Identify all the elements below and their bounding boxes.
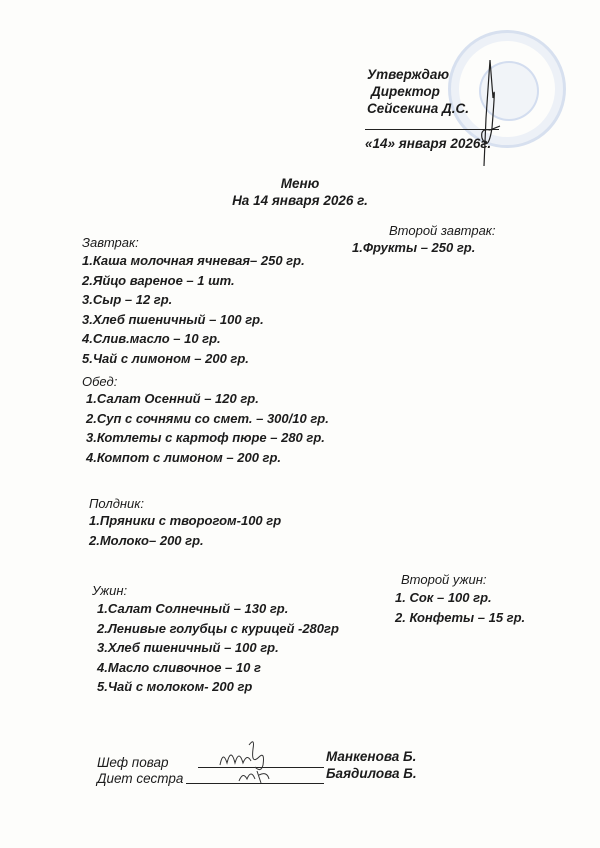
second-dinner-heading: Второй ужин: <box>401 572 486 587</box>
list-item: 1. Сок – 100 гр. <box>395 588 525 608</box>
menu-title: Меню <box>250 176 350 191</box>
list-item: 4.Масло сливочное – 10 г <box>97 658 339 678</box>
second-dinner-list: 1. Сок – 100 гр. 2. Конфеты – 15 гр. <box>395 588 525 627</box>
list-item: 5.Чай с молоком- 200 гр <box>97 677 339 697</box>
director-title: Директор <box>371 84 440 99</box>
chef-name: Манкенова Б. <box>326 749 416 764</box>
list-item: 2.Яйцо вареное – 1 шт. <box>82 271 305 291</box>
menu-date: На 14 января 2026 г. <box>200 193 400 208</box>
list-item: 1.Салат Солнечный – 130 гр. <box>97 599 339 619</box>
lunch-list: 1.Салат Осенний – 120 гр. 2.Суп с сочням… <box>86 389 329 467</box>
breakfast-list: 1.Каша молочная ячневая– 250 гр. 2.Яйцо … <box>82 251 305 368</box>
list-item: 2. Конфеты – 15 гр. <box>395 608 525 628</box>
dietitian-label: Диет сестра <box>97 771 183 786</box>
list-item: 1.Пряники с творогом-100 гр <box>89 511 281 531</box>
breakfast-heading: Завтрак: <box>82 235 139 250</box>
director-name: Сейсекина Д.С. <box>367 101 469 116</box>
list-item: 4.Слив.масло – 10 гр. <box>82 329 305 349</box>
list-item: 4.Компот с лимоном – 200 гр. <box>86 448 329 468</box>
list-item: 3.Хлеб пшеничный – 100 гр. <box>82 310 305 330</box>
chef-label: Шеф повар <box>97 755 169 770</box>
approval-label: Утверждаю <box>367 67 449 82</box>
list-item: 3.Котлеты с картоф пюре – 280 гр. <box>86 428 329 448</box>
list-item: 1.Фрукты – 250 гр. <box>352 240 475 255</box>
lunch-heading: Обед: <box>82 374 117 389</box>
list-item: 3.Сыр – 12 гр. <box>82 290 305 310</box>
chef-signature <box>215 735 285 785</box>
list-item: 2.Суп с сочнями со смет. – 300/10 гр. <box>86 409 329 429</box>
dietitian-name: Баядилова Б. <box>326 766 417 781</box>
director-signature <box>470 58 510 168</box>
dinner-heading: Ужин: <box>92 583 127 598</box>
list-item: 1.Салат Осенний – 120 гр. <box>86 389 329 409</box>
second-breakfast-heading: Второй завтрак: <box>389 223 496 238</box>
list-item: 3.Хлеб пшеничный – 100 гр. <box>97 638 339 658</box>
list-item: 2.Ленивые голубцы с курицей -280гр <box>97 619 339 639</box>
snack-list: 1.Пряники с творогом-100 гр 2.Молоко– 20… <box>89 511 281 550</box>
snack-heading: Полдник: <box>89 496 144 511</box>
list-item: 5.Чай с лимоном – 200 гр. <box>82 349 305 369</box>
dinner-list: 1.Салат Солнечный – 130 гр. 2.Ленивые го… <box>97 599 339 697</box>
list-item: 2.Молоко– 200 гр. <box>89 531 281 551</box>
list-item: 1.Каша молочная ячневая– 250 гр. <box>82 251 305 271</box>
